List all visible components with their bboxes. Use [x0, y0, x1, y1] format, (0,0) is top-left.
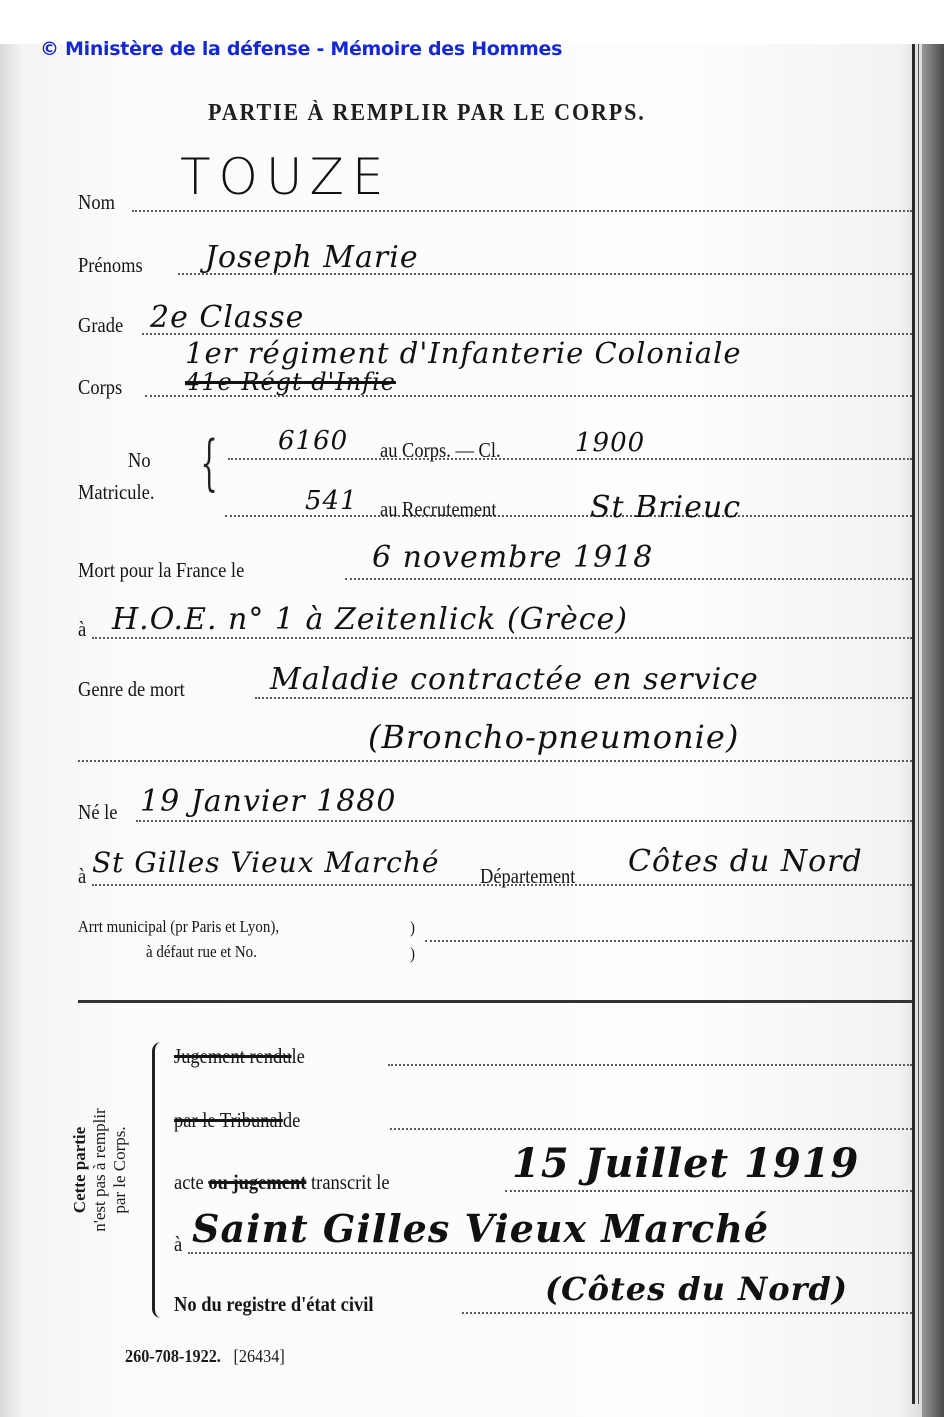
page-edge-shadow [922, 44, 944, 1417]
registre-value: (Côtes du Nord) [545, 1270, 848, 1308]
section-divider [78, 1000, 912, 1003]
acte-line [505, 1190, 912, 1192]
au-recrutement-label: au Recrutement [380, 497, 496, 522]
jugement-struck-text: Jugement rendu [174, 1044, 292, 1068]
nom-value: TOUZE [180, 148, 391, 206]
side-note-line-2: n'est pas à remplir [90, 1040, 110, 1300]
au-corps-label: au Corps. — Cl. [380, 438, 501, 463]
tribunal-de: de [283, 1108, 300, 1132]
tribunal-line [390, 1128, 912, 1130]
arrondissement-label-2: à défaut rue et No. [146, 942, 257, 962]
acte-date-value: 15 Juillet 1919 [512, 1140, 859, 1187]
departement-label: Département [480, 864, 575, 889]
naissance-line [136, 820, 912, 822]
matricule-corps-line [228, 458, 912, 460]
registre-label: No du registre d'état civil [174, 1292, 373, 1317]
form-ref: [26434] [233, 1346, 284, 1366]
acte-label: acte ou jugement transcrit le [174, 1170, 390, 1195]
prenoms-value: Joseph Marie [205, 240, 419, 275]
acte-struck-text: ou jugement [208, 1170, 306, 1194]
arrondissement-label: Arrt municipal (pr Paris et Lyon), [78, 917, 279, 937]
recrutement-place: St Brieuc [590, 490, 741, 525]
matricule-label: Matricule. [78, 480, 154, 505]
lieu-naissance-label: à [78, 864, 86, 889]
arrondissement-line [425, 940, 912, 942]
departement-value: Côtes du Nord [628, 844, 863, 879]
nom-line [132, 210, 912, 212]
jugement-label: Jugement rendule [174, 1044, 305, 1069]
tribunal-label: par le Tribunalde [174, 1108, 300, 1133]
lieu-naissance-value: St Gilles Vieux Marché [92, 846, 439, 879]
grade-value: 2e Classe [150, 300, 304, 335]
acte-prefix: acte [174, 1170, 204, 1194]
form-title: PARTIE À REMPLIR PAR LE CORPS. [208, 100, 646, 127]
naissance-label: Né le [78, 800, 118, 825]
corps-value: 1er régiment d'Infanterie Coloniale [185, 336, 742, 370]
matricule-brace: { [201, 428, 218, 498]
tribunal-struck-text: par le Tribunal [174, 1108, 283, 1132]
acte-lieu-label: à [174, 1232, 182, 1257]
copyright-watermark: © Ministère de la défense - Mémoire des … [40, 38, 562, 60]
recrutement-number: 541 [305, 486, 358, 516]
form-footer: 260-708-1922.[26434] [125, 1346, 285, 1367]
nom-label: Nom [78, 190, 115, 215]
registre-line [462, 1312, 912, 1314]
genre-mort-line [255, 697, 912, 699]
matricule-corps-number: 6160 [278, 426, 348, 456]
classe-value: 1900 [575, 428, 645, 458]
corps-label: Corps [78, 375, 122, 400]
acte-lieu-value: Saint Gilles Vieux Marché [192, 1206, 769, 1251]
transcription-brace [152, 1042, 161, 1318]
prenoms-label: Prénoms [78, 253, 143, 278]
jugement-line [388, 1064, 912, 1066]
arrondissement-brace-bottom: ) [410, 944, 415, 964]
matricule-label-no: No [128, 448, 151, 473]
corps-struck-value: 41e Régt d'Infie [185, 368, 396, 396]
acte-suffix: transcrit le [311, 1170, 390, 1194]
lieu-mort-value: H.O.E. n° 1 à Zeitenlick (Grèce) [112, 602, 628, 637]
side-note-line-3: par le Corps. [110, 1040, 130, 1300]
genre-mort-value-2: (Broncho-pneumonie) [368, 718, 739, 756]
genre-mort-line-2 [78, 760, 912, 762]
mort-value: 6 novembre 1918 [372, 540, 653, 575]
lieu-mort-label: à [78, 617, 86, 642]
mort-label: Mort pour la France le [78, 558, 244, 583]
form-border-right-inner [918, 44, 919, 1404]
mort-line [345, 578, 912, 580]
form-code: 260-708-1922. [125, 1346, 221, 1366]
genre-mort-label: Genre de mort [78, 677, 185, 702]
jugement-le: le [292, 1044, 305, 1068]
acte-lieu-line [188, 1252, 912, 1254]
form-border-right [912, 44, 915, 1404]
side-note-line-1: Cette partie [70, 1040, 90, 1300]
lieu-mort-line [92, 637, 912, 639]
grade-label: Grade [78, 313, 123, 338]
arrondissement-brace-top: ) [410, 918, 415, 938]
side-note: Cette partie n'est pas à remplir par le … [70, 1040, 130, 1300]
naissance-value: 19 Janvier 1880 [140, 784, 396, 819]
genre-mort-value: Maladie contractée en service [270, 662, 759, 697]
